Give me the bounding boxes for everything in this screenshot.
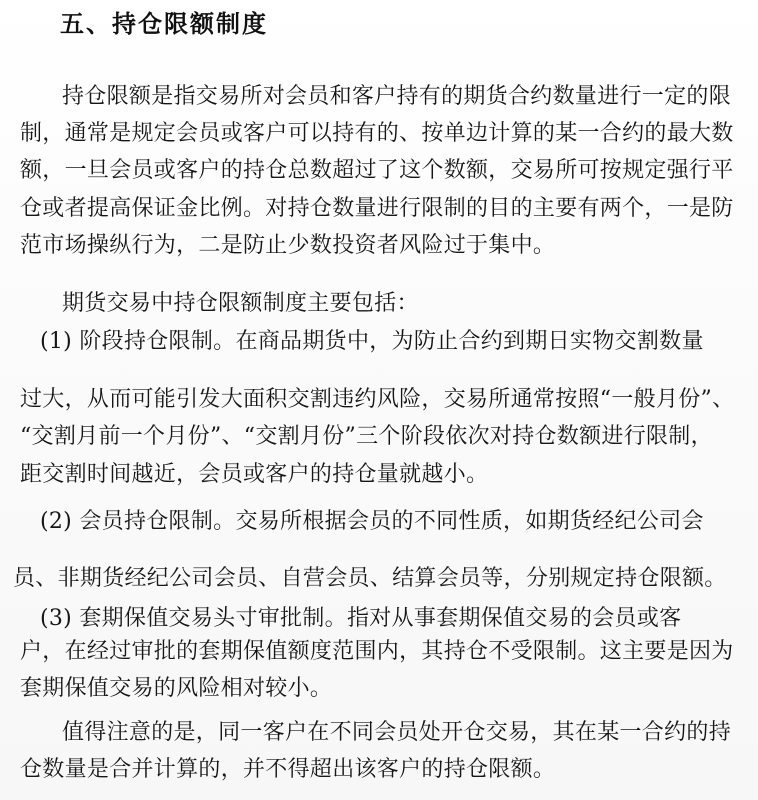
paragraph-6-line-2: 仓数量是合并计算的，并不得超出该客户的持仓限额。 (20, 755, 555, 785)
paragraph-4-line-1: (2) 会员持仓限制。交易所根据会员的不同性质，如期货经纪公司会 (40, 507, 704, 537)
paragraph-5-line-1: (3) 套期保值交易头寸审批制。指对从事套期保值交易的会员或客 (40, 604, 681, 634)
paragraph-2-line-1: 期货交易中持仓限额制度主要包括： (62, 289, 419, 319)
document-page: 五、持仓限额制度 持仓限额是指交易所对会员和客户持有的期货合约数量进行一定的限 … (0, 0, 758, 800)
paragraph-6-line-1: 值得注意的是，同一客户在不同会员处开仓交易，其在某一合约的持 (62, 718, 731, 748)
paragraph-1-line-4: 仓或者提高保证金比例。对持仓数量进行限制的目的主要有两个，一是防 (20, 194, 734, 224)
paragraph-5-line-3: 套期保值交易的风险相对较小。 (20, 674, 332, 704)
paragraph-3-line-3: “交割月前一个月份”、“交割月份”三个阶段依次对持仓数额进行限制， (20, 422, 713, 452)
paragraph-1-line-1: 持仓限额是指交易所对会员和客户持有的期货合约数量进行一定的限 (62, 82, 731, 112)
section-heading: 五、持仓限额制度 (60, 4, 268, 44)
paragraph-3-line-1: (1) 阶段持仓限制。在商品期货中，为防止合约到期日实物交割数量 (40, 327, 704, 357)
paragraph-1-line-3: 额，一旦会员或客户的持仓总数超过了这个数额，交易所可按规定强行平 (20, 156, 734, 186)
paragraph-3-line-4: 距交割时间越近，会员或客户的持仓量就越小。 (20, 460, 488, 490)
paragraph-3-line-2: 过大，从而可能引发大面积交割违约风险，交易所通常按照“一般月份”、 (20, 385, 734, 415)
paragraph-1-line-2: 制，通常是规定会员或客户可以持有的、按单边计算的某一合约的最大数 (20, 119, 734, 149)
paragraph-4-line-2: 员、非期货经纪公司会员、自营会员、结算会员等，分别规定持仓限额。 (13, 564, 727, 594)
paragraph-5-line-2: 户，在经过审批的套期保值额度范围内，其持仓不受限制。这主要是因为 (20, 637, 734, 667)
paragraph-1-line-5: 范市场操纵行为，二是防止少数投资者风险过于集中。 (20, 231, 555, 261)
